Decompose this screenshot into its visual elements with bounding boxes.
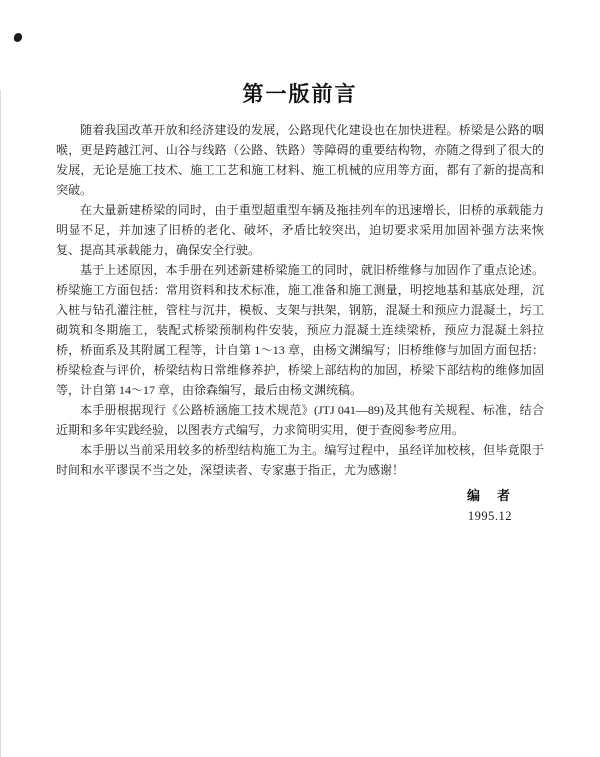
author-signature: 编 者 xyxy=(0,486,512,506)
preface-paragraph: 在大量新建桥梁的同时，由于重型超重型车辆及拖挂列车的迅速增长，旧桥的承载能力明显… xyxy=(56,200,544,260)
preface-paragraph: 随着我国改革开放和经济建设的发展，公路现代化建设也在加快进程。桥梁是公路的咽喉，… xyxy=(56,120,544,200)
edition-date: 1995.12 xyxy=(0,506,512,526)
preface-paragraph: 本手册根据现行《公路桥涵施工技术规范》(JTJ 041—89)及其他有关规程、标… xyxy=(56,400,544,440)
preface-paragraph: 基于上述原因，本手册在列述新建桥梁施工的同时，就旧桥维修与加固作了重点论述。桥梁… xyxy=(56,260,544,400)
preface-paragraph: 本手册以当前采用较多的桥型结构施工为主。编写过程中，虽经详加校核，但毕竟限于时间… xyxy=(56,440,544,480)
scan-edge-line xyxy=(0,90,1,757)
preface-body: 随着我国改革开放和经济建设的发展，公路现代化建设也在加快进程。桥梁是公路的咽喉，… xyxy=(56,120,544,480)
page-title: 第一版前言 xyxy=(0,0,600,106)
signature-block: 编 者 1995.12 xyxy=(0,486,512,526)
preface-page: 第一版前言 随着我国改革开放和经济建设的发展，公路现代化建设也在加快进程。桥梁是… xyxy=(0,0,600,757)
